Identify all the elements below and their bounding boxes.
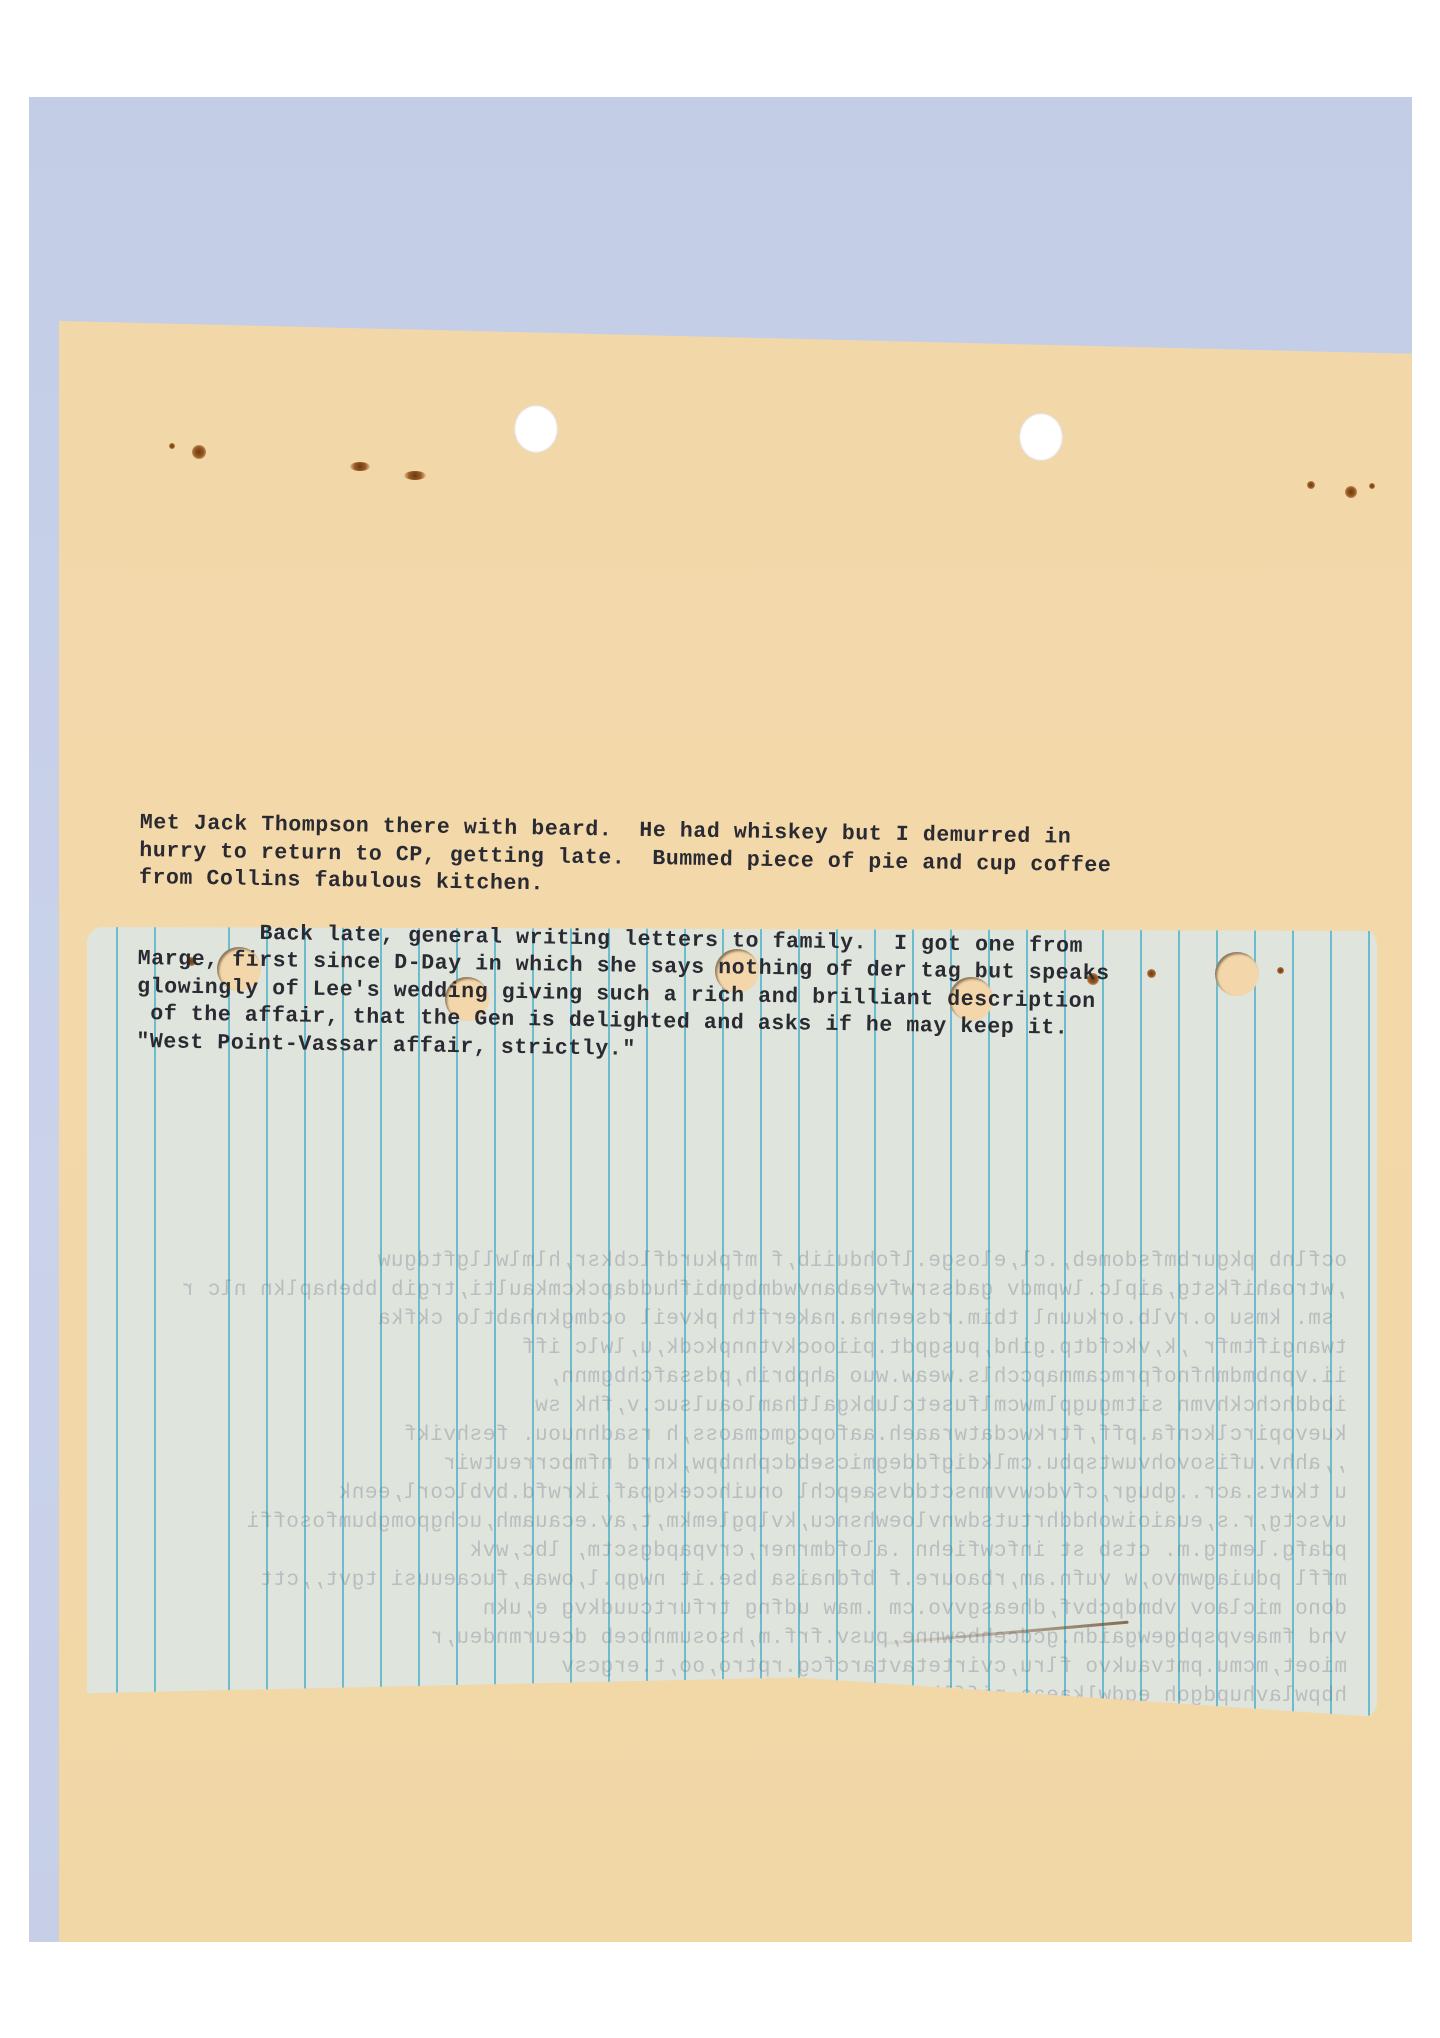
rust-stain <box>169 443 175 449</box>
rust-stain <box>1369 483 1375 489</box>
paragraph-2: Back late, general writing letters to fa… <box>136 918 1268 1073</box>
binder-hole <box>514 405 558 453</box>
rust-stain <box>1345 486 1357 498</box>
rust-stain <box>1277 967 1284 974</box>
rust-stain <box>404 471 426 480</box>
manila-folder-page: ocflnb pkgurbmfsdomeb,.cl,elosge.lfohdui… <box>59 321 1412 1942</box>
typed-diary-text: Met Jack Thompson there with beard. He h… <box>136 810 1270 1074</box>
binder-hole <box>1019 413 1063 461</box>
rust-stain <box>350 462 370 471</box>
bleed-through-text: ocflnb pkgurbmfsdomeb,.cl,elosge.lfohdui… <box>107 1247 1347 1711</box>
rust-stain <box>192 445 206 459</box>
rust-stain <box>1307 481 1315 489</box>
